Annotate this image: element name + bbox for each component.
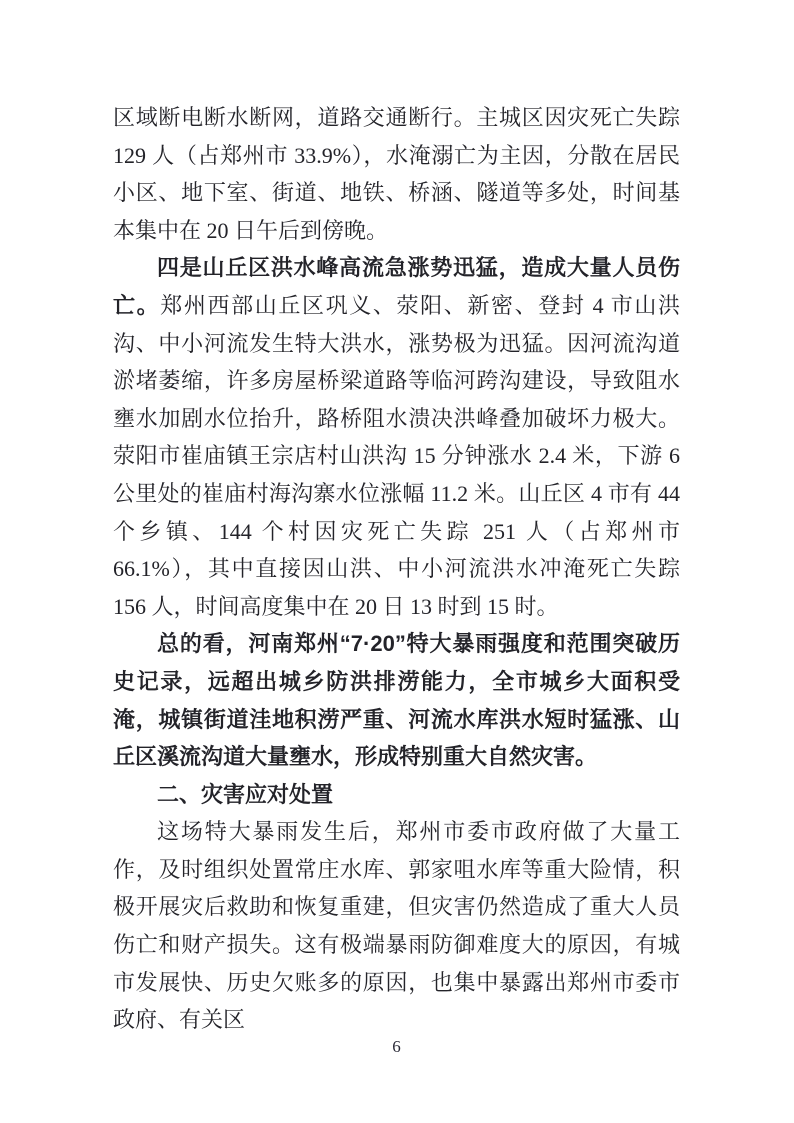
paragraph-point-four: 四是山丘区洪水峰高流急涨势迅猛，造成大量人员伤亡。郑州西部山丘区巩义、荥阳、新密…	[113, 249, 680, 625]
page-number: 6	[113, 1036, 680, 1058]
document-page: 区域断电断水断网，道路交通断行。主城区因灾死亡失踪 129 人（占郑州市 33.…	[0, 0, 794, 1123]
paragraph-continuation: 区域断电断水断网，道路交通断行。主城区因灾死亡失踪 129 人（占郑州市 33.…	[113, 99, 680, 249]
paragraph-summary: 总的看，河南郑州“7·20”特大暴雨强度和范围突破历史记录，远超出城乡防洪排涝能…	[113, 625, 680, 775]
document-body: 区域断电断水断网，道路交通断行。主城区因灾死亡失踪 129 人（占郑州市 33.…	[113, 99, 680, 1039]
section-heading-text: 二、灾害应对处置	[157, 782, 333, 807]
paragraph-response: 这场特大暴雨发生后，郑州市委市政府做了大量工作，及时组织处置常庄水库、郭家咀水库…	[113, 813, 680, 1039]
paragraph-text: 区域断电断水断网，道路交通断行。主城区因灾死亡失踪 129 人（占郑州市 33.…	[113, 105, 680, 243]
paragraph-text: 郑州西部山丘区巩义、荥阳、新密、登封 4 市山洪沟、中小河流发生特大洪水，涨势极…	[113, 293, 680, 619]
paragraph-text: 这场特大暴雨发生后，郑州市委市政府做了大量工作，及时组织处置常庄水库、郭家咀水库…	[113, 819, 680, 1032]
bold-paragraph-text: 总的看，河南郑州“7·20”特大暴雨强度和范围突破历史记录，远超出城乡防洪排涝能…	[113, 631, 680, 769]
section-heading: 二、灾害应对处置	[113, 776, 680, 814]
